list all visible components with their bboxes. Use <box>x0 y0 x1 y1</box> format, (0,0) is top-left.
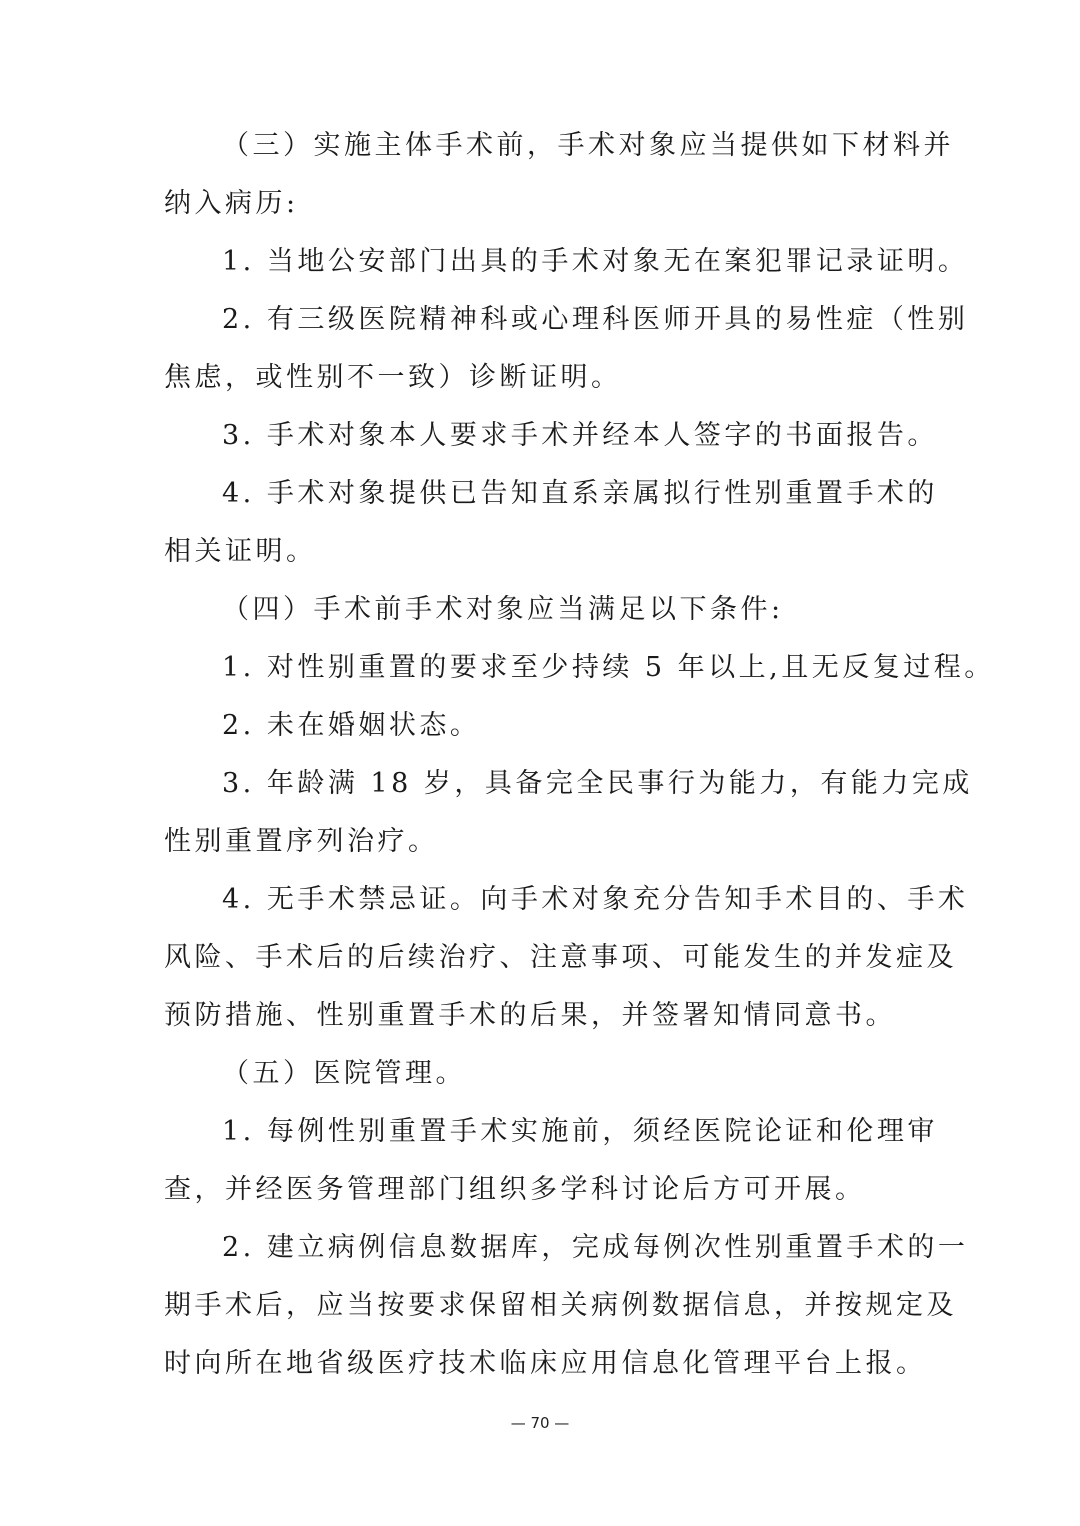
section-heading-3: （三）实施主体手术前，手术对象应当提供如下材料并 <box>222 126 954 166</box>
paragraph-line: 纳入病历: <box>164 184 299 224</box>
paragraph-line: 期手术后，应当按要求保留相关病例数据信息，并按规定及 <box>164 1286 957 1326</box>
paragraph-line: 查，并经医务管理部门组织多学科讨论后方可开展。 <box>164 1170 866 1210</box>
paragraph-line: 焦虑，或性别不一致）诊断证明。 <box>164 358 622 398</box>
paragraph-line: 时向所在地省级医疗技术临床应用信息化管理平台上报。 <box>164 1344 927 1384</box>
paragraph-line: 性别重置序列治疗。 <box>164 822 439 862</box>
list-item: 4. 手术对象提供已告知直系亲属拟行性别重置手术的 <box>222 474 938 514</box>
list-item: 1. 当地公安部门出具的手术对象无在案犯罪记录证明。 <box>222 242 968 282</box>
page-number: — 70 — <box>0 1414 1080 1432</box>
list-item: 3. 手术对象本人要求手术并经本人签字的书面报告。 <box>222 416 938 456</box>
section-heading-5: （五）医院管理。 <box>222 1054 466 1094</box>
list-item: 2. 未在婚姻状态。 <box>222 706 480 746</box>
list-item: 1. 对性别重置的要求至少持续 5 年以上,且无反复过程。 <box>222 648 995 688</box>
list-item: 1. 每例性别重置手术实施前，须经医院论证和伦理审 <box>222 1112 938 1152</box>
paragraph-line: 相关证明。 <box>164 532 317 572</box>
list-item: 2. 有三级医院精神科或心理科医师开具的易性症（性别 <box>222 300 968 340</box>
list-item: 4. 无手术禁忌证。向手术对象充分告知手术目的、手术 <box>222 880 968 920</box>
list-item: 3. 年龄满 18 岁，具备完全民事行为能力，有能力完成 <box>222 764 973 804</box>
section-heading-4: （四）手术前手术对象应当满足以下条件: <box>222 590 784 630</box>
paragraph-line: 预防措施、性别重置手术的后果，并签署知情同意书。 <box>164 996 896 1036</box>
document-page: （三）实施主体手术前，手术对象应当提供如下材料并 纳入病历: 1. 当地公安部门… <box>0 0 1080 1526</box>
list-item: 2. 建立病例信息数据库，完成每例次性别重置手术的一 <box>222 1228 968 1268</box>
paragraph-line: 风险、手术后的后续治疗、注意事项、可能发生的并发症及 <box>164 938 957 978</box>
